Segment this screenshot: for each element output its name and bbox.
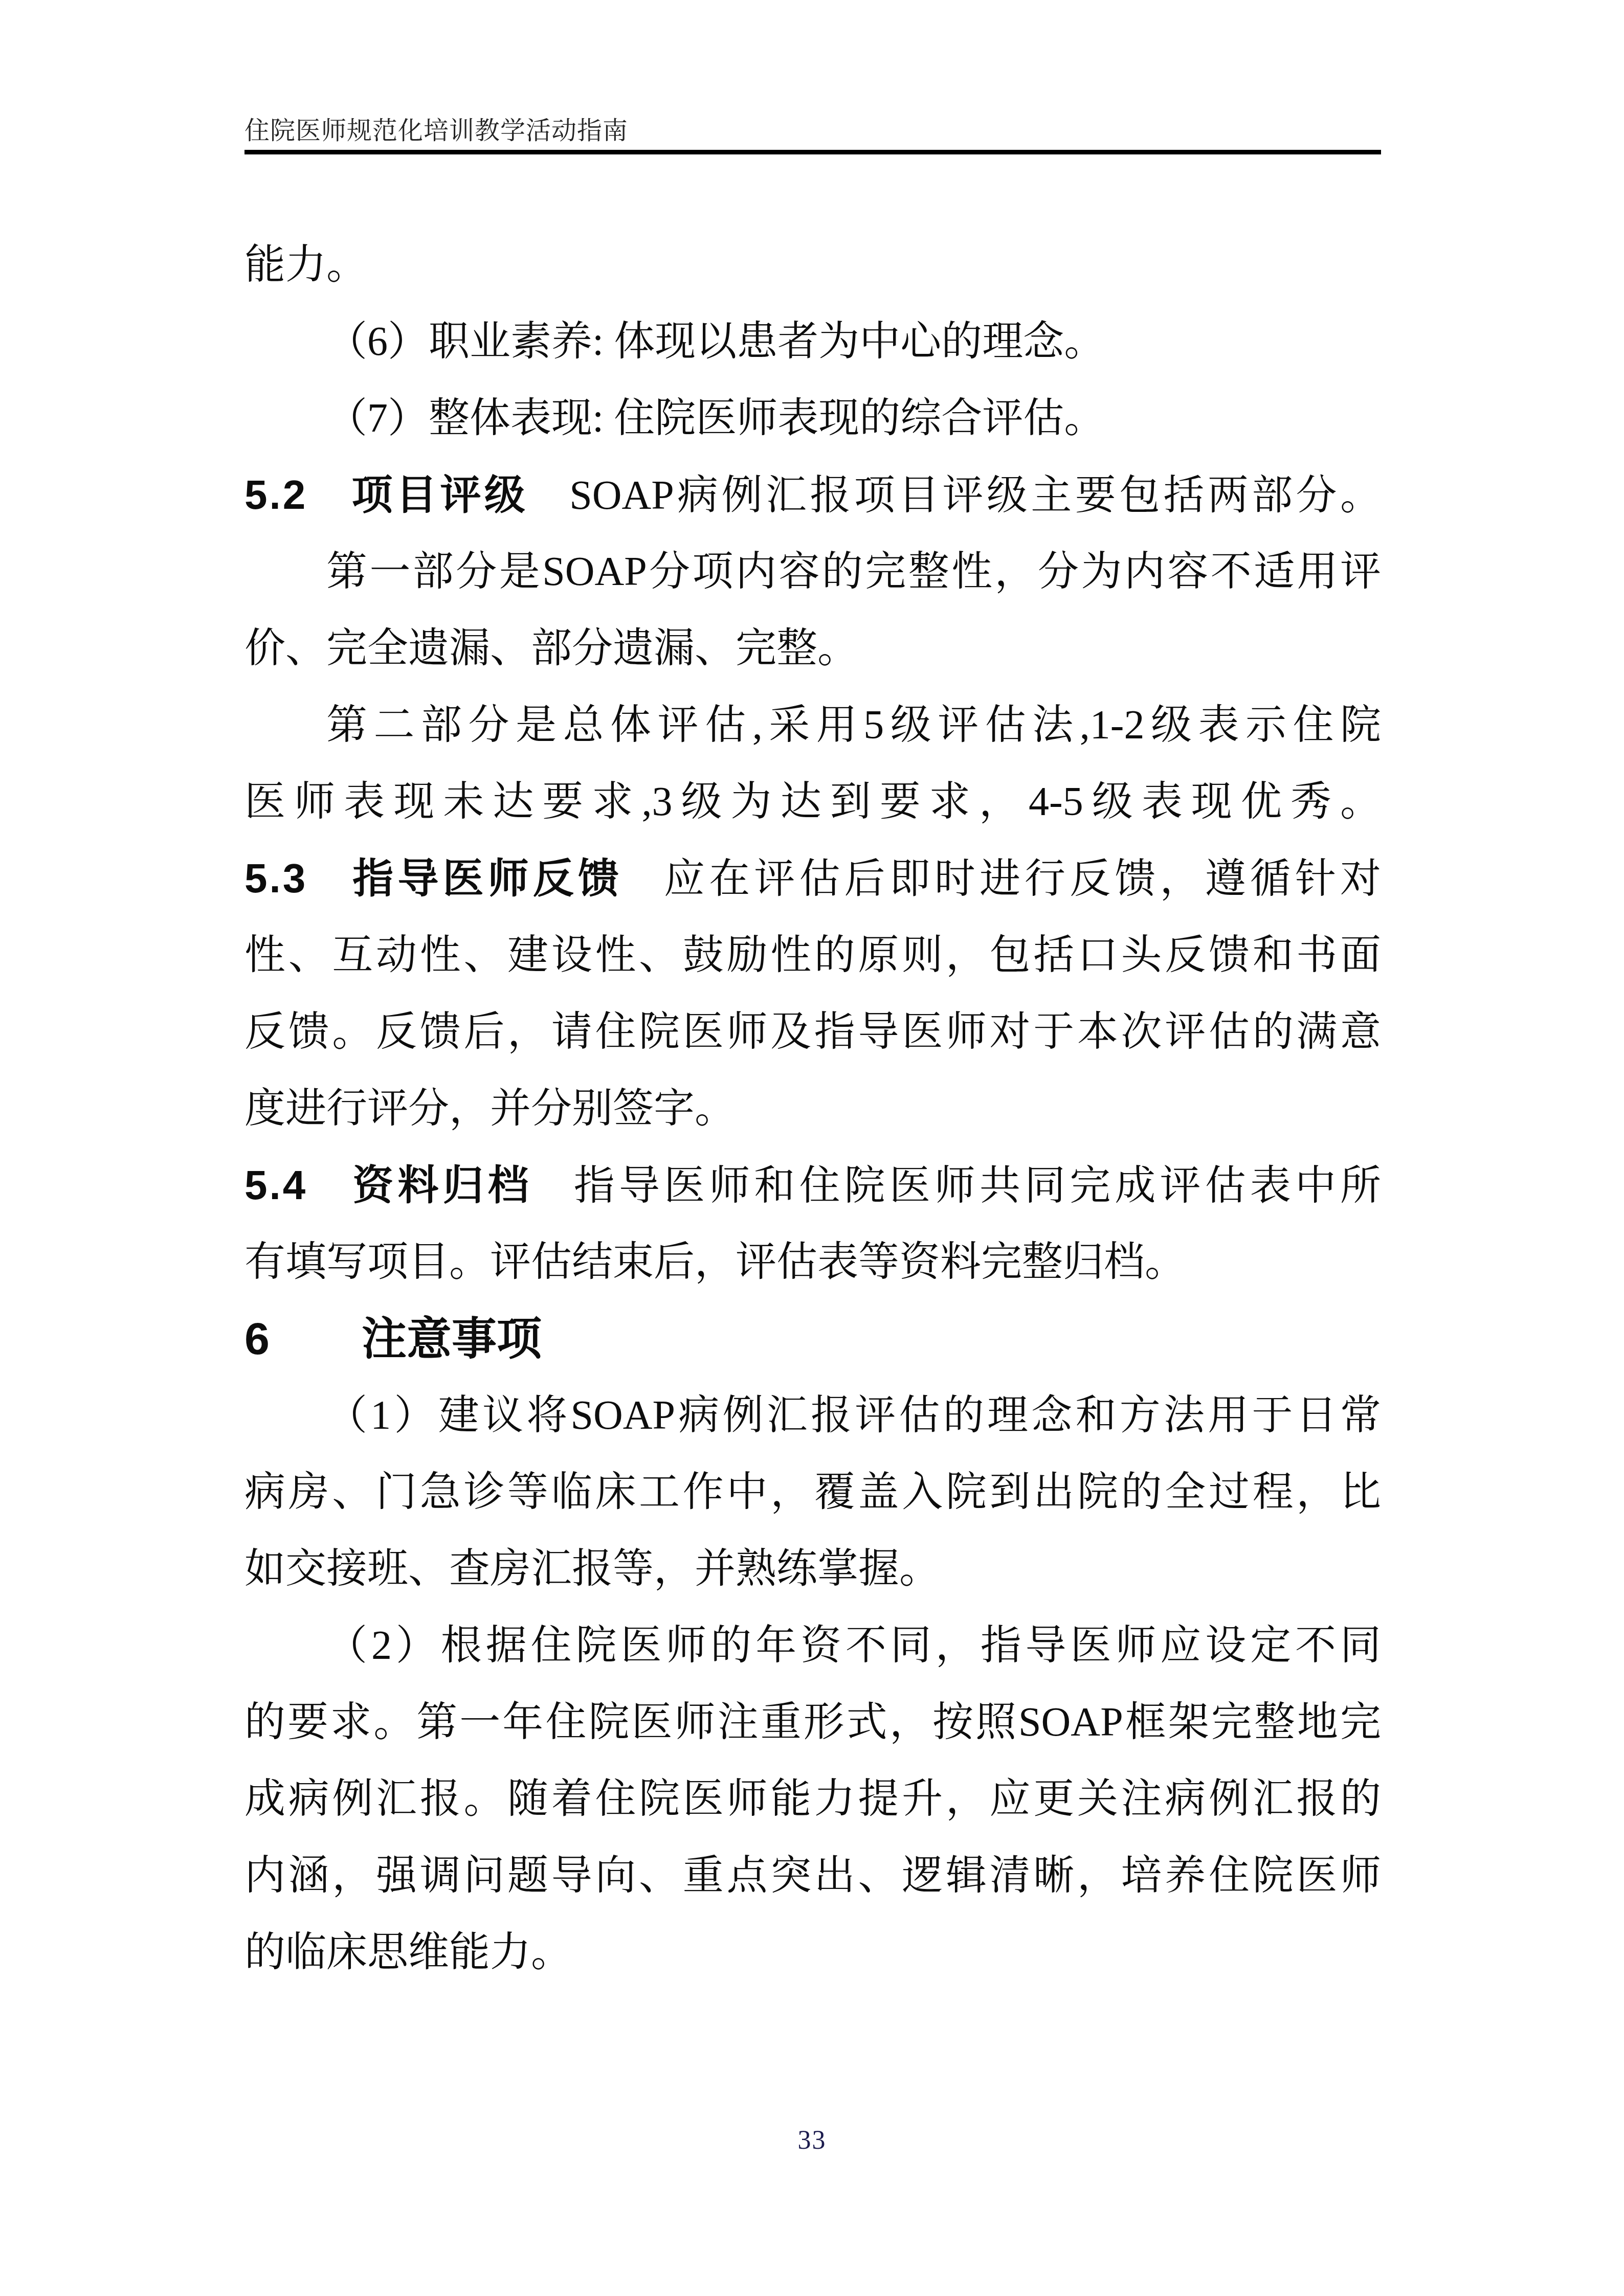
text-line: 性、互动性、建设性、鼓励性的原则，包括口头反馈和书面 — [244, 917, 1381, 994]
text-line: 病房、门急诊等临床工作中，覆盖入院到出院的全过程，比 — [244, 1454, 1381, 1530]
text-line: （1）建议将SOAP病例汇报评估的理念和方法用于日常 — [244, 1377, 1381, 1454]
text-line: 成病例汇报。随着住院医师能力提升，应更关注病例汇报的 — [244, 1761, 1381, 1837]
text-line: 内涵，强调问题导向、重点突出、逻辑清晰，培养住院医师 — [244, 1837, 1381, 1914]
heading-title: 注意事项 — [362, 1313, 542, 1364]
heading-line: 5.3指导医师反馈应在评估后即时进行反馈，遵循针对 — [244, 840, 1381, 917]
heading-number: 5.2 — [244, 472, 307, 517]
heading-number: 5.4 — [244, 1162, 307, 1208]
text-line: 的要求。第一年住院医师注重形式，按照SOAP框架完整地完 — [244, 1684, 1381, 1761]
heading-number: 5.3 — [244, 856, 307, 901]
text-line: （7）整体表现: 住院医师表现的综合评估。 — [244, 380, 1381, 457]
text-line: （6）职业素养: 体现以患者为中心的理念。 — [244, 303, 1381, 380]
heading-title: 指导医师反馈 — [348, 856, 623, 901]
text-line: 价、完全遗漏、部分遗漏、完整。 — [244, 610, 1381, 687]
text-line: 第二部分是总体评估,采用5级评估法,1-2级表示住院 — [244, 687, 1381, 763]
running-header: 住院医师规范化培训教学活动指南 — [244, 116, 628, 146]
document-page: 住院医师规范化培训教学活动指南 能力。（6）职业素养: 体现以患者为中心的理念。… — [0, 0, 1624, 2296]
heading-line: 5.2项目评级SOAP病例汇报项目评级主要包括两部分。 — [244, 457, 1381, 533]
heading-rest-text: SOAP病例汇报项目评级主要包括两部分。 — [569, 473, 1381, 518]
heading-title: 资料归档 — [348, 1162, 533, 1208]
heading-line: 6注意事项 — [244, 1300, 1381, 1377]
text-line: 的临床思维能力。 — [244, 1914, 1381, 1991]
heading-rest-text: 应在评估后即时进行反馈，遵循针对 — [664, 857, 1381, 902]
heading-rest-text: 指导医师和住院医师共同完成评估表中所 — [574, 1163, 1381, 1208]
heading-title: 项目评级 — [348, 472, 528, 517]
document-lines: 能力。（6）职业素养: 体现以患者为中心的理念。（7）整体表现: 住院医师表现的… — [244, 227, 1381, 1991]
running-header-title: 住院医师规范化培训教学活动指南 — [244, 117, 628, 145]
text-line: 能力。 — [244, 227, 1381, 303]
text-line: 如交接班、查房汇报等，并熟练掌握。 — [244, 1530, 1381, 1607]
page-number: 33 — [798, 2126, 827, 2155]
text-line: 度进行评分，并分别签字。 — [244, 1070, 1381, 1147]
text-line: 医师表现未达要求,3级为达到要求，4-5级表现优秀。 — [244, 763, 1381, 840]
heading-number: 6 — [244, 1313, 272, 1364]
text-line: 第一部分是SOAP分项内容的完整性，分为内容不适用评 — [244, 533, 1381, 610]
page-footer: 33 — [0, 2125, 1624, 2155]
text-line: 反馈。反馈后，请住院医师及指导医师对于本次评估的满意 — [244, 994, 1381, 1070]
heading-line: 5.4资料归档指导医师和住院医师共同完成评估表中所 — [244, 1147, 1381, 1224]
text-line: 有填写项目。评估结束后，评估表等资料完整归档。 — [244, 1224, 1381, 1300]
text-line: （2）根据住院医师的年资不同，指导医师应设定不同 — [244, 1607, 1381, 1684]
header-rule — [244, 150, 1381, 154]
